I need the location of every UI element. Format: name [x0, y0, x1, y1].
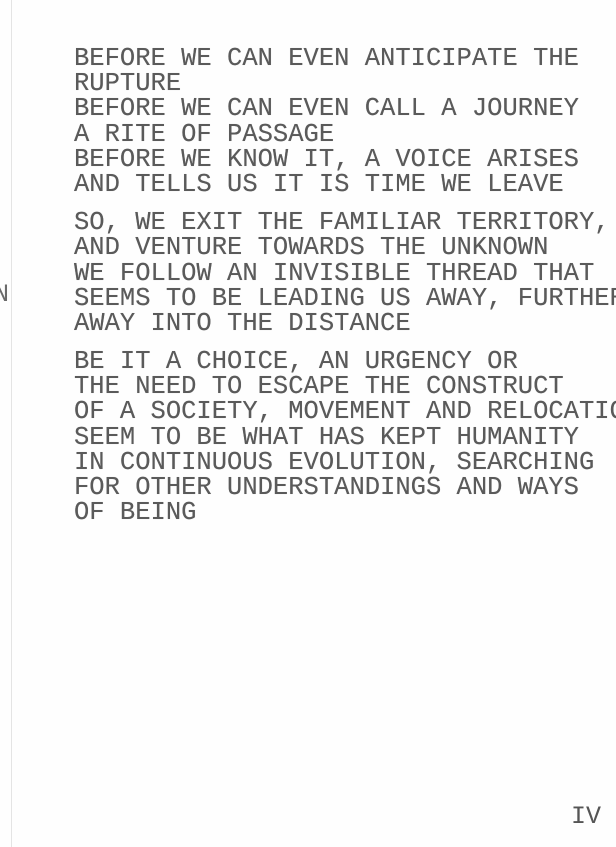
text-line: IN CONTINUOUS EVOLUTION, SEARCHING	[74, 450, 616, 475]
text-line: SO, WE EXIT THE FAMILIAR TERRITORY,	[74, 210, 616, 235]
page-number: IV	[571, 804, 601, 829]
text-line: BEFORE WE KNOW IT, A VOICE ARISES	[74, 147, 616, 172]
typewritten-text: BEFORE WE CAN EVEN ANTICIPATE THE RUPTUR…	[74, 46, 616, 525]
text-line: SEEM TO BE WHAT HAS KEPT HUMANITY	[74, 425, 616, 450]
text-line: BE IT A CHOICE, AN URGENCY OR	[74, 349, 616, 374]
text-line: A RITE OF PASSAGE	[74, 122, 616, 147]
text-line: SEEMS TO BE LEADING US AWAY, FURTHER	[74, 286, 616, 311]
page-edge-fold	[11, 0, 12, 847]
stanza-1: BEFORE WE CAN EVEN ANTICIPATE THE RUPTUR…	[74, 46, 616, 197]
text-line: THE NEED TO ESCAPE THE CONSTRUCT	[74, 374, 616, 399]
text-line: AWAY INTO THE DISTANCE	[74, 311, 616, 336]
text-line: BEFORE WE CAN EVEN ANTICIPATE THE	[74, 46, 616, 71]
text-line: RUPTURE	[74, 71, 616, 96]
text-line: FOR OTHER UNDERSTANDINGS AND WAYS	[74, 475, 616, 500]
text-line: WE FOLLOW AN INVISIBLE THREAD THAT	[74, 261, 616, 286]
text-line: BEFORE WE CAN EVEN CALL A JOURNEY	[74, 96, 616, 121]
adjacent-page-text-fragment: N	[0, 282, 9, 307]
text-line: OF A SOCIETY, MOVEMENT AND RELOCATION	[74, 399, 616, 424]
text-line: OF BEING	[74, 500, 616, 525]
stanza-2: SO, WE EXIT THE FAMILIAR TERRITORY, AND …	[74, 210, 616, 336]
text-line: AND TELLS US IT IS TIME WE LEAVE	[74, 172, 616, 197]
text-line: AND VENTURE TOWARDS THE UNKNOWN	[74, 235, 616, 260]
stanza-3: BE IT A CHOICE, AN URGENCY OR THE NEED T…	[74, 349, 616, 525]
